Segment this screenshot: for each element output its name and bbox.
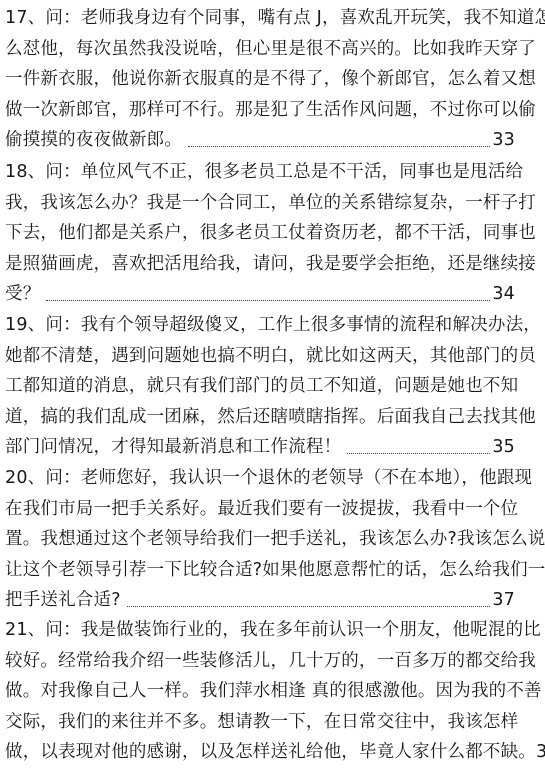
entry-line: 把手送礼合适? (5, 585, 121, 616)
entry-line: 是照猫画虎，喜欢把活甩给我，请问，我是要学会拒绝，还是继续接 (5, 249, 515, 280)
toc-entry-19[interactable]: 19、问：我有个领导超级傻叉，工作上很多事情的流程和解决办法， 她都不清楚，遇到… (5, 310, 515, 463)
entry-line: 让这个老领导引荐一下比较合适?如果他愿意帮忙的话，怎么给我们一 (5, 555, 515, 586)
entry-last-line: 部门问情况，才得知最新消息和工作流程！ 35 (5, 432, 515, 463)
entry-line: 么怼他，每次虽然我没说啥，但心里是很不高兴的。比如我昨天穿了 (5, 34, 515, 65)
entry-line: 一件新衣服，他说你新衣服真的是不得了，像个新郎官，怎么着又想 (5, 64, 515, 95)
toc-entry-17[interactable]: 17、问：老师我身边有个同事，嘴有点 J，喜欢乱开玩笑，我不知道怎 么怼他，每次… (5, 3, 515, 156)
entry-line: 偷摸摸的夜夜做新郎。 (5, 125, 182, 156)
entry-last-line: 把手送礼合适? 37 (5, 585, 515, 616)
entry-last-line: 偷摸摸的夜夜做新郎。 33 (5, 125, 515, 156)
entry-line: 工都知道的消息，就只有我们部门的员工不知道，问题是她也不知 (5, 371, 515, 402)
page-number: 34 (492, 279, 515, 310)
entry-line: 19、问：我有个领导超级傻叉，工作上很多事情的流程和解决办法， (5, 310, 515, 341)
dot-leader (347, 452, 490, 454)
toc-entry-21[interactable]: 21、问：我是做装饰行业的，我在多年前认识一个朋友，他呢混的比 较好。经常给我介… (5, 615, 515, 768)
toc-entry-20[interactable]: 20、问：老师您好，我认识一个退休的老领导（不在本地），他跟现 在我们市局一把手… (5, 463, 515, 616)
dot-leader (127, 605, 491, 607)
page-number: 35 (492, 432, 515, 463)
entry-last-line: 受？ 34 (5, 279, 515, 310)
entry-line: 部门问情况，才得知最新消息和工作流程！ (5, 432, 341, 463)
entry-last-line: 做，以表现对他的感谢，以及怎样送礼给他，毕竟人家什么都不缺。 38 (5, 737, 545, 768)
entry-line: 她都不清楚，遇到问题她也搞不明白，就比如这两天，其他部门的员 (5, 341, 515, 372)
entry-line: 20、问：老师您好，我认识一个退休的老领导（不在本地），他跟现 (5, 463, 515, 494)
entry-line: 较好。经常给我介绍一些装修活儿，几十万的，一百多万的都交给我 (5, 646, 515, 677)
entry-line: 做一次新郎官，那样可不行。那是犯了生活作风问题，不过你可以偷 (5, 95, 515, 126)
entry-line: 18、问：单位风气不正，很多老员工总是不干活，同事也是甩活给 (5, 157, 515, 188)
entry-line: 道，搞的我们乱成一团麻，然后还瞎喷瞎指挥。后面我自己去找其他 (5, 402, 515, 433)
entry-line: 在我们市局一把手关系好。最近我们要有一波提拔，我看中一个位 (5, 494, 515, 525)
entry-line: 置。我想通过这个老领导给我们一把手送礼，我该怎么办?我该怎么说 (5, 524, 515, 555)
dot-leader (46, 299, 490, 301)
dot-leader (188, 145, 490, 147)
entry-line: 我，我该怎么办？我是一个合同工，单位的关系错综复杂，一杆子打 (5, 188, 515, 219)
toc-page: 17、问：老师我身边有个同事，嘴有点 J，喜欢乱开玩笑，我不知道怎 么怼他，每次… (0, 0, 545, 775)
entry-line: 21、问：我是做装饰行业的，我在多年前认识一个朋友，他呢混的比 (5, 615, 515, 646)
entry-line: 交际，我们的来往并不多。想请教一下，在日常交往中，我该怎样 (5, 707, 515, 738)
page-number: 33 (492, 125, 515, 156)
entry-line: 做。对我像自己人一样。我们萍水相逢 真的很感激他。因为我的不善 (5, 676, 515, 707)
page-number: 38 (536, 737, 545, 768)
entry-line: 下去，他们都是关系户，很多老员工仗着资历老，都不干活，同事也 (5, 218, 515, 249)
entry-line: 17、问：老师我身边有个同事，嘴有点 J，喜欢乱开玩笑，我不知道怎 (5, 3, 515, 34)
entry-line: 受？ (5, 279, 40, 310)
toc-entry-18[interactable]: 18、问：单位风气不正，很多老员工总是不干活，同事也是甩活给 我，我该怎么办？我… (5, 157, 515, 310)
page-number: 37 (492, 585, 515, 616)
entry-line: 做，以表现对他的感谢，以及怎样送礼给他，毕竟人家什么都不缺。 (5, 737, 536, 768)
